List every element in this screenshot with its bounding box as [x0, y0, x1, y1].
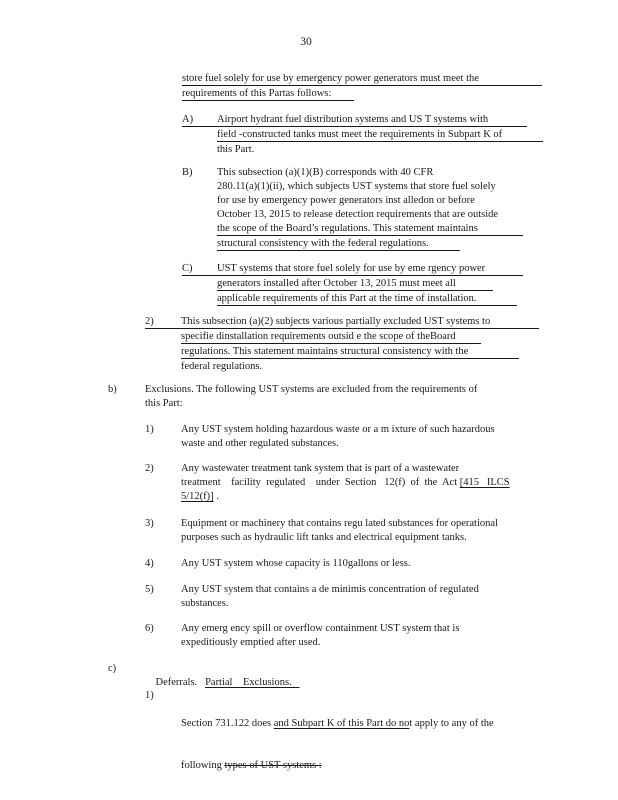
- item-line: This subsection (a)(2) subjects various …: [181, 315, 539, 329]
- item-line: 5/12(f)] .: [181, 490, 545, 504]
- item-line: Any emerg ency spill or overflow contain…: [181, 622, 545, 636]
- subitem-label: C): [182, 262, 218, 276]
- item-label: 4): [145, 557, 154, 571]
- item-line: substances.: [181, 597, 545, 611]
- subitem-line: 280.11(a)(1)(ii), which subjects UST sys…: [217, 180, 547, 194]
- item-line: regulations. This statement maintains st…: [181, 345, 519, 359]
- item-line: Section 731.122 does and Subpart K of th…: [181, 717, 545, 731]
- page-number: 30: [0, 36, 618, 48]
- subitem-line: for use by emergency power generators in…: [217, 194, 547, 208]
- item-line: Any UST system that contains a de minimi…: [181, 583, 545, 597]
- deleted-text: types of UST systems :: [224, 760, 321, 771]
- citation-underlined: 5/12(f)]: [181, 491, 214, 502]
- item-line: Any UST system holding hazardous waste o…: [181, 423, 545, 437]
- heading-line: this Part:: [145, 397, 545, 411]
- subitem-label: B): [182, 166, 193, 180]
- subitem-line: generators installed after October 13, 2…: [217, 277, 493, 291]
- section-label: b): [108, 383, 117, 397]
- item-line: following types of UST systems :: [181, 759, 545, 773]
- subitem-line: UST systems that store fuel solely for u…: [217, 262, 523, 276]
- item-label: 1): [145, 423, 154, 437]
- subitem-line: applicable requirements of this Part at …: [217, 292, 517, 306]
- intro-line: requirements of this Partas follows:: [182, 87, 354, 101]
- heading-line: Exclusions. The following UST systems ar…: [145, 383, 545, 397]
- subitem-line: structural consistency with the federal …: [217, 237, 460, 251]
- item-line: federal regulations.: [181, 360, 545, 374]
- subitem-line: field -constructed tanks must meet the r…: [217, 128, 543, 142]
- heading-plain: Deferrals.: [156, 677, 206, 688]
- subitem-line: This subsection (a)(1)(B) corresponds wi…: [217, 166, 547, 180]
- item-line: waste and other regulated substances.: [181, 437, 545, 451]
- intro-paragraph: store fuel solely for use by emergency p…: [182, 72, 542, 102]
- subitem-line: Airport hydrant fuel distribution system…: [217, 113, 527, 127]
- item-label: 3): [145, 517, 154, 531]
- heading-underlined: Partial Exclusions.: [205, 677, 300, 688]
- item-line: Any UST system whose capacity is 110gall…: [181, 557, 545, 571]
- subitem-line: October 13, 2015 to release detection re…: [217, 208, 547, 222]
- inserted-text: and Subpart K of this Part do no: [274, 718, 410, 729]
- subitem-line: this Part.: [217, 143, 547, 157]
- item-line: specifie dinstallation requirements outs…: [181, 330, 481, 344]
- item-line: treatment facility regulated under Secti…: [181, 476, 545, 490]
- intro-line: store fuel solely for use by emergency p…: [182, 72, 542, 86]
- item-line: expeditiously emptied after used.: [181, 636, 545, 650]
- citation-underlined: [415 ILCS: [460, 477, 510, 488]
- item-line: Equipment or machinery that contains reg…: [181, 517, 545, 531]
- item-label: 2): [145, 462, 154, 476]
- item-line: Any wastewater treatment tank system tha…: [181, 462, 545, 476]
- item-label: 6): [145, 622, 154, 636]
- item-label: 2): [145, 315, 181, 329]
- item-line: purposes such as hydraulic lift tanks an…: [181, 531, 545, 545]
- subitem-label: A): [182, 113, 218, 127]
- section-label: c): [108, 662, 116, 676]
- item-label: 5): [145, 583, 154, 597]
- item-label: 1): [145, 689, 154, 703]
- subitem-line: the scope of the Board’s regulations. Th…: [217, 222, 523, 236]
